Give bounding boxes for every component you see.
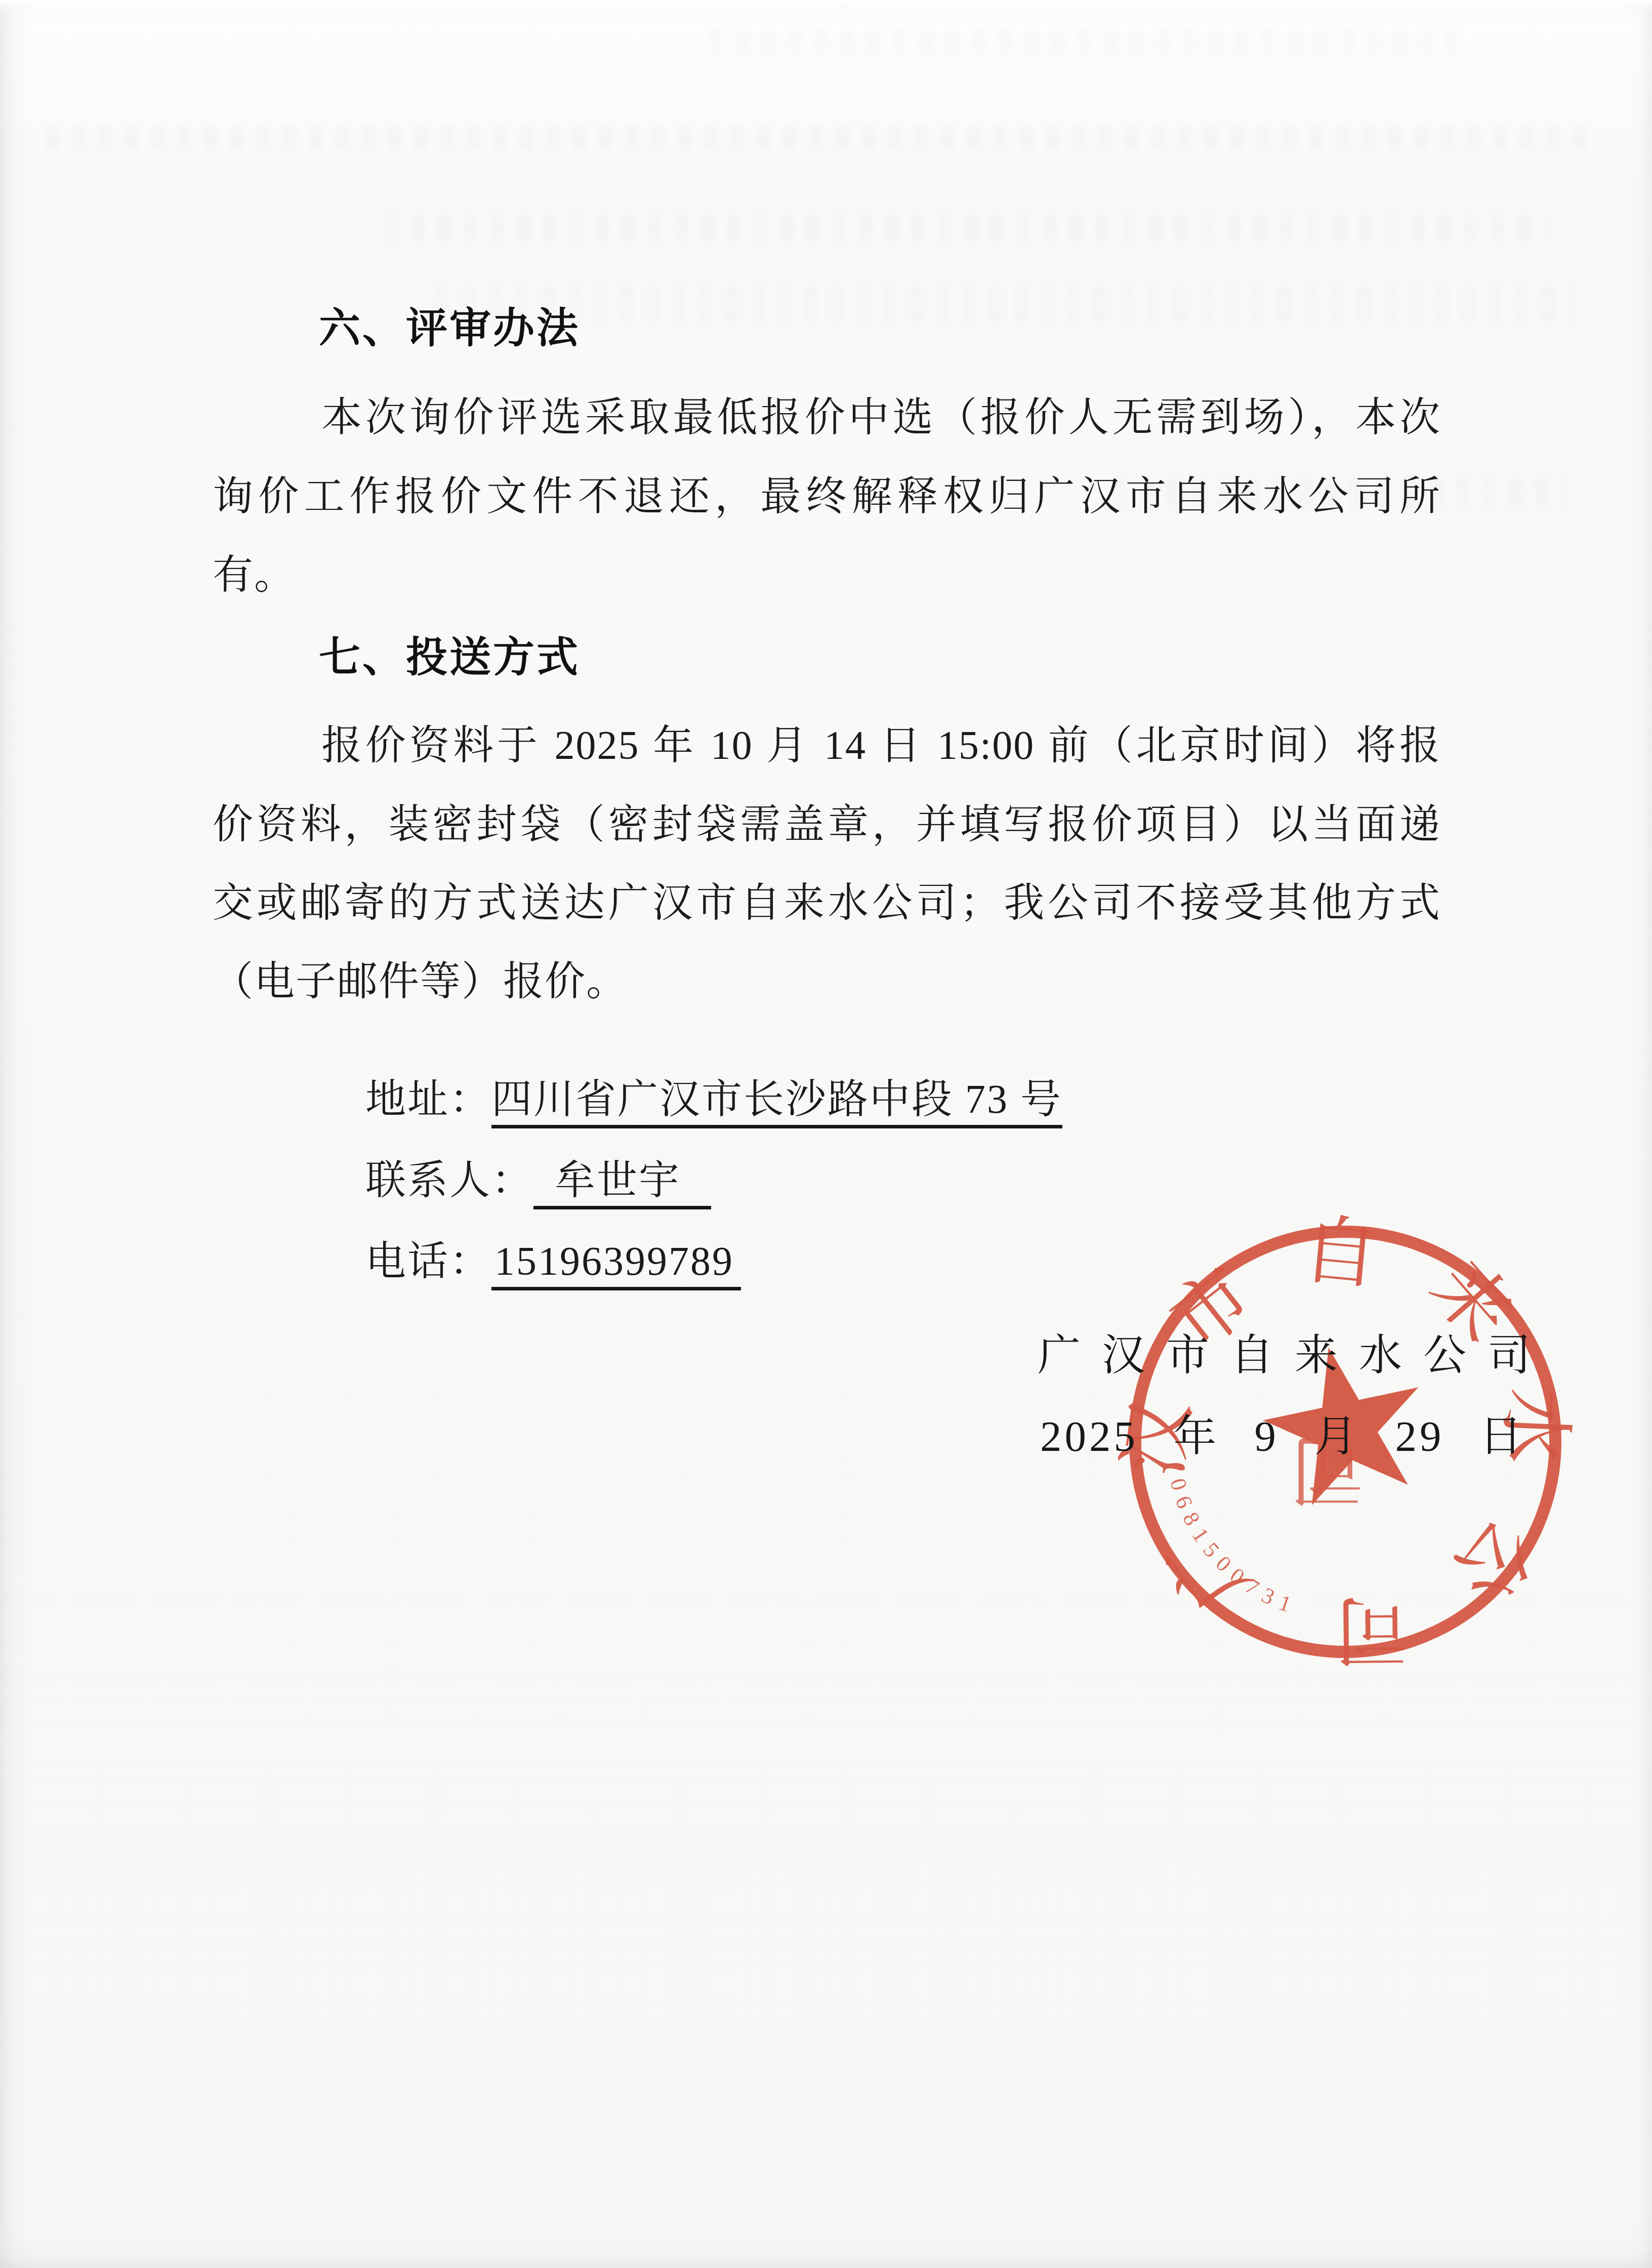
signature-date: 2025 年 9 月 29 日: [1040, 1414, 1525, 1460]
scan-artifact: [46, 127, 1589, 150]
phone-value: 15196399789: [491, 1240, 741, 1290]
paragraph-line: 询价工作报价文件不退还，最终解释权归广汉市自来水公司所: [213, 475, 1441, 518]
paragraph-line: （电子邮件等）报价。: [213, 960, 628, 1003]
scan-artifact: [385, 213, 1549, 243]
address-label: 地址：: [365, 1077, 491, 1122]
section-heading-7: 七、投送方式: [319, 636, 580, 679]
paragraph-line: 价资料，装密封袋（密封袋需盖章，并填写报价项目）以当面递: [213, 803, 1441, 846]
paragraph-line: 有。: [213, 554, 296, 596]
scan-artifact: [435, 283, 1574, 324]
scan-artifact: [709, 30, 1468, 56]
phone-label: 电话：: [365, 1239, 491, 1284]
scanned-document-page: 六、评审办法 本次询价评选采取最低报价中选（报价人无需到场），本次 询价工作报价…: [0, 0, 1652, 2268]
scan-edge: [0, 0, 1652, 13]
paragraph-line: 本次询价评选采取最低报价中选（报价人无需到场），本次: [321, 396, 1441, 439]
paragraph-line: 交或邮寄的方式送达广汉市自来水公司；我公司不接受其他方式: [213, 882, 1441, 924]
paragraph-line: 报价资料于 2025 年 10 月 14 日 15:00 前（北京时间）将报: [321, 724, 1441, 767]
phone-row: 电话：15196399789: [319, 1198, 741, 1333]
section-heading-6: 六、评审办法: [319, 307, 580, 350]
contact-person-label: 联系人：: [365, 1158, 533, 1203]
company-signature: 广汉市自来水公司: [1038, 1333, 1552, 1379]
